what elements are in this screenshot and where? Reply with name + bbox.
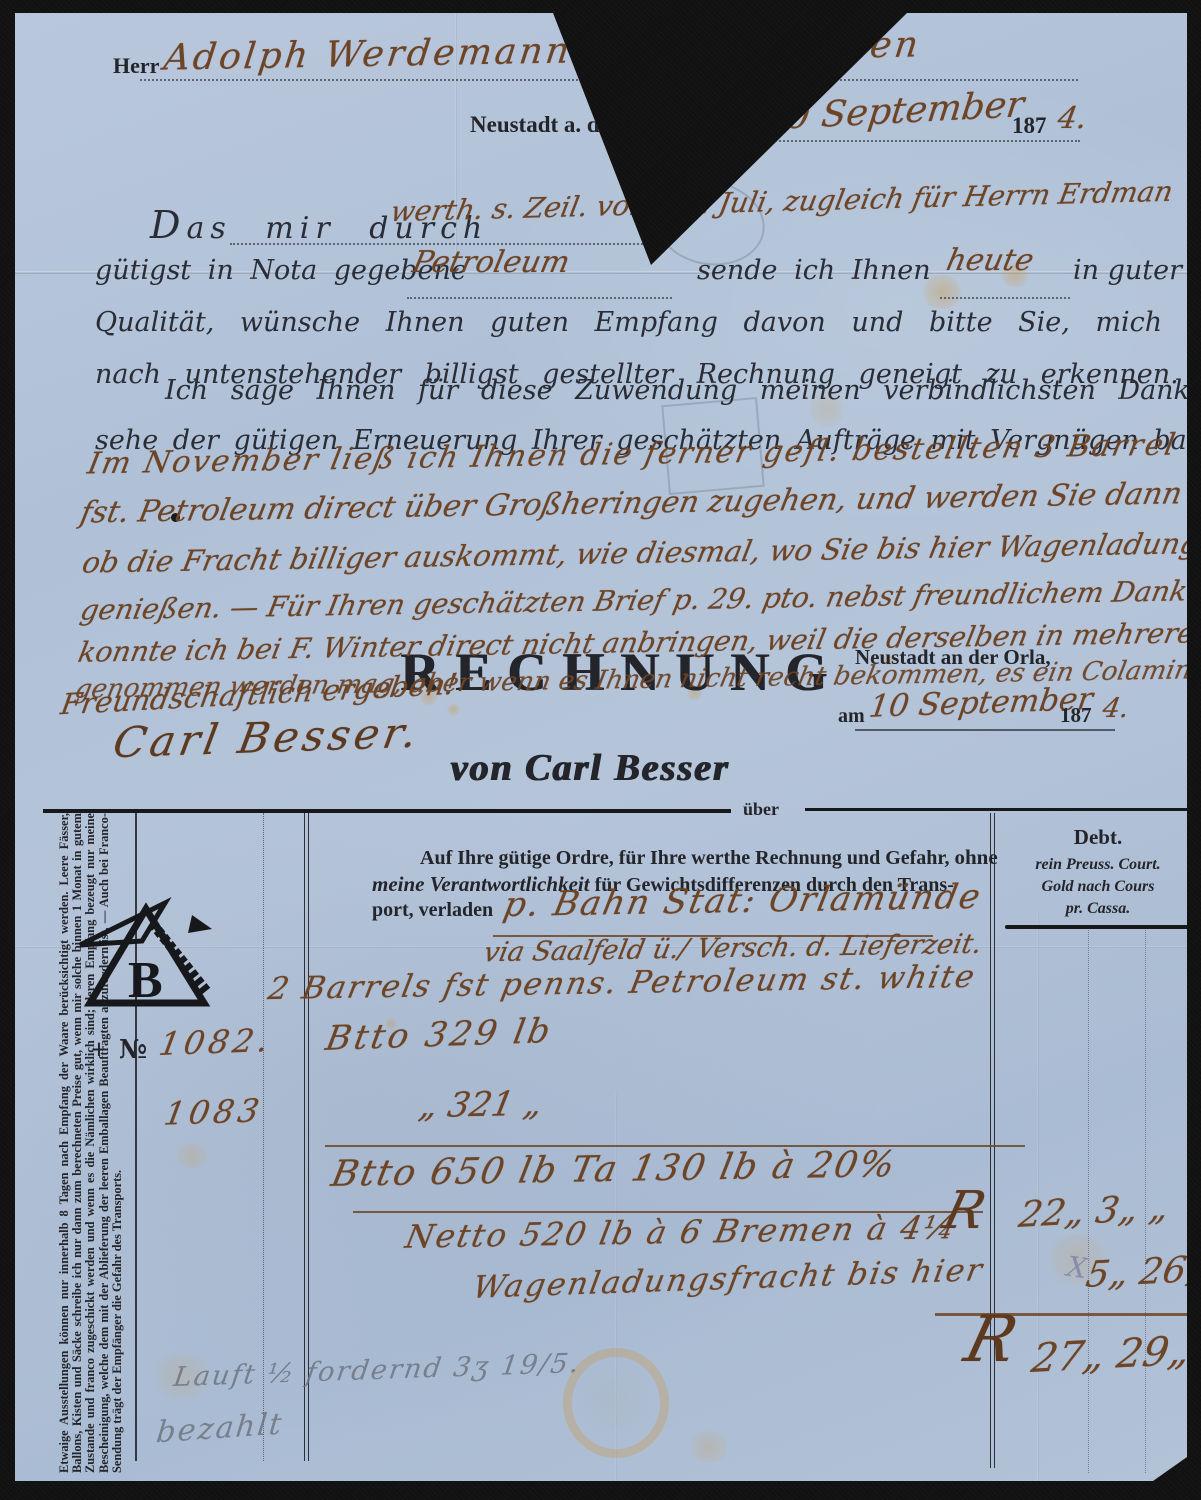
order-clause-line3: port, verladen <box>372 899 493 922</box>
invoice-date-line <box>855 729 1115 731</box>
date-handwritten: 10 September <box>761 84 1026 138</box>
weight1-handwritten: Btto 329 lb <box>323 1011 557 1059</box>
debit-header-rule <box>1005 925 1190 929</box>
ueber-rule-right <box>805 808 1187 811</box>
pencil-note-1: Lauft ½ fordernd 3ʒ 19/5. <box>172 1348 583 1393</box>
amount-1: 22„ 3„ „ <box>1016 1187 1172 1236</box>
debit-line2: Gold nach Cours <box>1003 878 1193 896</box>
item-description-handwritten: 2 Barrels fst penns. Petroleum st. white <box>265 959 979 1007</box>
invoice-year-printed: 187 <box>1060 703 1092 728</box>
barrel-no2-handwritten: 1083 <box>161 1091 266 1132</box>
addressee-ruled-line <box>140 79 1078 81</box>
net-line-handwritten: Netto 520 lb à 6 Bremen à 4¼ <box>402 1208 960 1256</box>
merchant-mark-icon: B <box>70 893 225 1013</box>
debit-line3: pr. Cassa. <box>1003 900 1193 918</box>
ink-stain <box>175 1143 209 1169</box>
debit-line1: rein Preuss. Court. <box>1003 856 1193 874</box>
svg-text:B: B <box>128 952 163 1009</box>
drop-cap: D <box>150 203 186 247</box>
heute-handwritten: heute <box>943 243 1037 278</box>
body-line5-printed: Ich sage Ihnen für diese Zuwendung meine… <box>165 375 1201 406</box>
weight2-handwritten: „ 321 „ <box>416 1084 546 1126</box>
ink-stain <box>447 703 460 716</box>
amount-2: 5„ 26„ „ <box>1083 1247 1201 1296</box>
amount-total: 27„ 29„ „ <box>1028 1326 1201 1382</box>
invoice-am-printed: am <box>838 705 865 728</box>
body-line2b-printed: sende ich Ihnen <box>697 255 931 286</box>
currency-symbol-1: R <box>938 1181 992 1241</box>
body-line3-printed: Qualität, wünsche Ihnen guten Empfang da… <box>95 307 1201 338</box>
signature-carl-besser: Carl Besser. <box>110 708 425 768</box>
number-label: № <box>119 1035 147 1065</box>
fill-in-line <box>407 297 672 299</box>
ueber-label: über <box>743 799 779 820</box>
route-station-handwritten: p. Bahn Stat: Orlamünde <box>500 877 985 925</box>
invoice-year-handwritten: 4. <box>1100 693 1131 724</box>
petroleum-handwritten: Petroleum <box>409 245 573 280</box>
ink-stain <box>687 1431 731 1463</box>
year-handwritten: 4. <box>1055 101 1090 136</box>
place-date-printed: Neustadt a. d. Orla, am <box>470 112 699 138</box>
photograph-background: Herr Adolph Werdemann in Naschhausen Neu… <box>0 0 1201 1500</box>
body-line1-handwritten: werth. s. Zeil. vom 28. Juli, zugleich f… <box>388 175 1176 228</box>
gross-total-handwritten: Btto 650 lb Ta 130 lb à 20% <box>328 1144 900 1195</box>
year-printed: 187 <box>1012 113 1047 139</box>
debit-title: Debt. <box>1003 825 1193 850</box>
sum-rule-brown <box>325 1145 1025 1147</box>
pencil-note-2: bezahlt <box>155 1407 286 1451</box>
body-line2c-printed: in guter <box>1073 255 1182 286</box>
order-clause-ohne: ohne <box>954 845 997 869</box>
freight-line-handwritten: Wagenladungsfracht bis hier <box>470 1252 987 1306</box>
fill-in-line <box>940 297 1070 299</box>
debit-header: Debt. rein Preuss. Court. Gold nach Cour… <box>1003 825 1193 918</box>
hw-letter-line2: fst. Petroleum direct über Großheringen … <box>77 474 1201 530</box>
barrel-no1-handwritten: 1082. <box>156 1021 275 1063</box>
order-clause-line1a: Auf Ihre gütige Ordre, für Ihre werthe R… <box>420 847 954 869</box>
plus-mark: + <box>91 1035 107 1067</box>
from-carl-besser: von Carl Besser <box>450 746 729 790</box>
addressee-handwritten: Adolph Werdemann in Naschhausen <box>162 24 924 78</box>
hw-letter-line3: ob die Fracht billiger auskommt, wie die… <box>80 524 1201 579</box>
date-ruled-line <box>760 140 1080 142</box>
herr-label: Herr <box>113 53 159 79</box>
letter-paper: Herr Adolph Werdemann in Naschhausen Neu… <box>15 13 1187 1481</box>
order-clause-line1: Auf Ihre gütige Ordre, für Ihre werthe R… <box>420 845 998 870</box>
